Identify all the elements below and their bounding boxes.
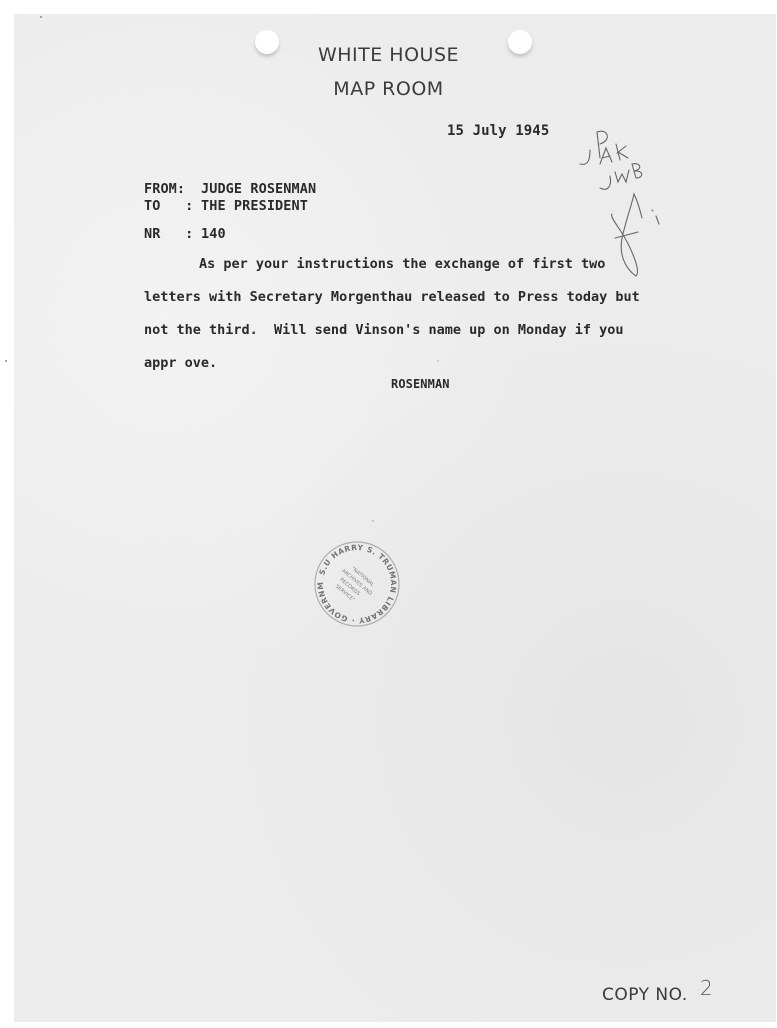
from-label: FROM: <box>144 181 185 197</box>
nr-label: NR : <box>144 226 193 242</box>
letterhead-title: WHITE HOUSE <box>0 44 777 66</box>
to-value: THE PRESIDENT <box>201 198 308 214</box>
message-line: letters with Secretary Morgenthau releas… <box>144 289 640 305</box>
message-line: As per your instructions the exchange of… <box>199 256 605 272</box>
paper-speck <box>5 360 7 362</box>
paper-speck <box>437 360 439 362</box>
copy-number: 2 <box>700 976 713 1000</box>
from-value: JUDGE ROSENMAN <box>201 181 316 197</box>
nr-value: 140 <box>201 226 226 242</box>
message-line: appr ove. <box>144 355 217 371</box>
message-line: not the third. Will send Vinson's name u… <box>144 322 624 338</box>
paper-speck <box>40 16 42 18</box>
letterhead-subtitle: MAP ROOM <box>0 78 777 100</box>
signature: ROSENMAN <box>391 377 450 391</box>
to-label: TO : <box>144 198 193 214</box>
handwritten-initials <box>560 120 700 280</box>
paper-speck <box>372 520 374 522</box>
document-date: 15 July 1945 <box>447 123 549 139</box>
archive-stamp: S.U HARRY S. TRUMAN LIBRARY · GOVERNMENT… <box>313 540 401 628</box>
copy-label: COPY NO. <box>602 985 688 1005</box>
